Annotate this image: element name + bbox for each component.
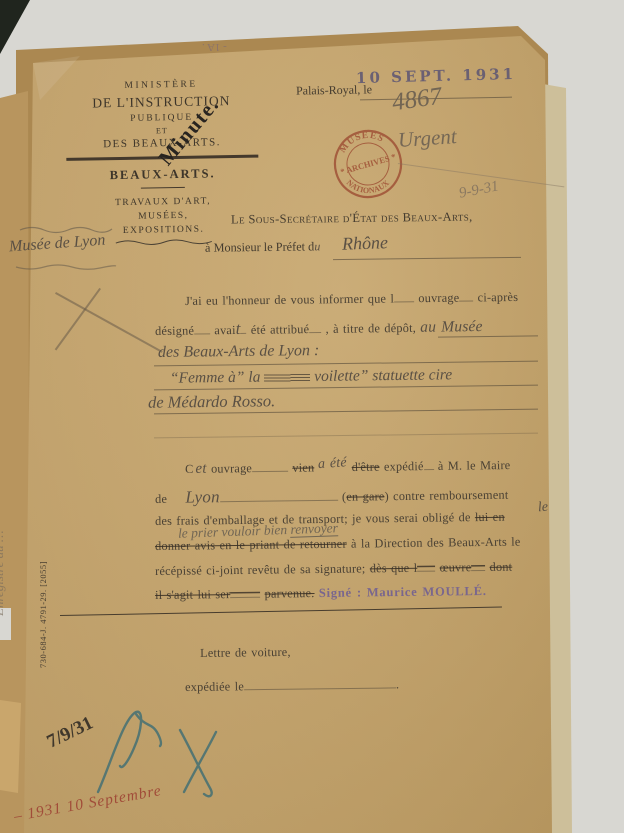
printed-text: à M. le Maire — [438, 458, 511, 473]
printed-text: J'ai eu l'honneur de vous informer que l — [185, 291, 394, 308]
form-blank — [244, 676, 396, 690]
handwritten-renvoyer: renvoyer — [290, 520, 338, 538]
signed-stamp: Signé : Maurice MOULLÉ. — [319, 584, 487, 600]
struck-word: vien — [292, 460, 314, 474]
flourish — [114, 236, 214, 248]
footer-line: Lettre de voiture, — [200, 645, 291, 661]
urgent-note: Urgent — [397, 124, 457, 153]
printed-text: avai — [214, 323, 235, 337]
handwritten-a-ete: a été — [318, 455, 348, 473]
form-blank — [423, 458, 433, 470]
handwritten-beaux-arts-lyon: des Beaux-Arts de Lyon : — [158, 342, 319, 362]
scribbled-out-word — [264, 371, 310, 384]
letterhead-line: PUBLIQUE — [63, 112, 261, 125]
printed-text: de — [155, 492, 167, 506]
printed-text: à la Direction des Beaux-Arts le — [351, 535, 521, 551]
letterhead-section: BEAUX-ARTS. — [64, 165, 262, 183]
struck-word: œuvre — [439, 560, 471, 574]
pencil-flourish — [14, 262, 118, 272]
addressee-hw-u: u — [314, 239, 320, 253]
addressee-line: à Monsieur le Préfet du — [205, 239, 320, 255]
printed-text: Lettre de voiture, — [200, 645, 291, 660]
footer-line: expédiée le. — [185, 676, 399, 695]
form-blank — [417, 560, 435, 572]
struck-word: lui en — [475, 510, 505, 524]
printer-imprint-vertical: 730-684-J. 4791-29. [2055] — [38, 550, 48, 668]
handwritten-au-musee: au Musée — [420, 318, 483, 336]
printed-text: ouvrage — [418, 291, 459, 306]
printed-text: récépissé ci-joint revêtu de sa signatur… — [155, 561, 366, 578]
printed-text: , à titre de dépôt, — [325, 321, 416, 336]
top-pencil-mark: - 1A . — [202, 41, 227, 53]
form-blank — [394, 290, 414, 302]
form-blank — [459, 289, 473, 301]
printed-text: été attribué — [251, 322, 310, 337]
handwritten-le-above: le — [537, 500, 548, 517]
printed-text: ) contre remboursement — [384, 488, 508, 504]
printed-text: ci-après — [478, 290, 519, 304]
printed-text: expédié — [384, 459, 424, 473]
handwritten-et: et — [195, 461, 206, 477]
form-blank — [252, 460, 288, 472]
printed-text: C — [185, 462, 194, 476]
department-handwritten: Rhône — [342, 232, 389, 255]
struck-word: dont — [490, 560, 513, 574]
letterhead-line: DE L'INSTRUCTION — [62, 93, 260, 112]
printed-text: ouvrage — [211, 461, 252, 476]
body-line: désigné avait été attribué , à titre de … — [155, 316, 483, 340]
struck-word: en gare — [346, 489, 384, 503]
left-edge-note-vertical: Enregistré du … — [0, 420, 7, 616]
form-blank — [220, 489, 338, 502]
printed-text: . — [396, 677, 399, 691]
addressee-printed: à Monsieur le Préfet d — [205, 239, 314, 254]
handwritten-title-line: “Femme à” la voilette” statuette cire — [170, 366, 452, 387]
form-blank — [309, 321, 321, 333]
form-blank — [240, 322, 246, 334]
printed-text: expédiée le — [185, 679, 244, 694]
letterhead-line: MINISTÈRE — [62, 79, 260, 92]
handwritten-femme: “Femme à” la — [170, 369, 261, 387]
handwritten-lyon: Lyon — [185, 487, 220, 506]
handwritten-medardo-rosso: de Médardo Rosso. — [148, 391, 275, 413]
struck-word: d'être — [352, 460, 380, 474]
printed-text: désigné — [155, 324, 194, 338]
handwritten-voilette: voilette” statuette cire — [314, 366, 452, 385]
struck-phrase: dès que l — [370, 561, 418, 576]
struck-word: parvenue. — [265, 586, 315, 601]
struck-phrase: il s'agit lui ser — [155, 587, 230, 602]
struck-phrase: donner avis en le priant de retourner — [155, 537, 347, 553]
sender-title: Le Sous-Secrétaire d'État des Beaux-Arts… — [231, 210, 473, 228]
stamp-text-middle: * ARCHIVES * — [339, 151, 397, 176]
form-blank — [230, 586, 260, 598]
letterhead-subline: TRAVAUX D'ART, — [64, 195, 262, 208]
form-blank — [471, 559, 485, 571]
form-blank — [194, 322, 210, 334]
letterhead-short-rule — [141, 186, 185, 188]
